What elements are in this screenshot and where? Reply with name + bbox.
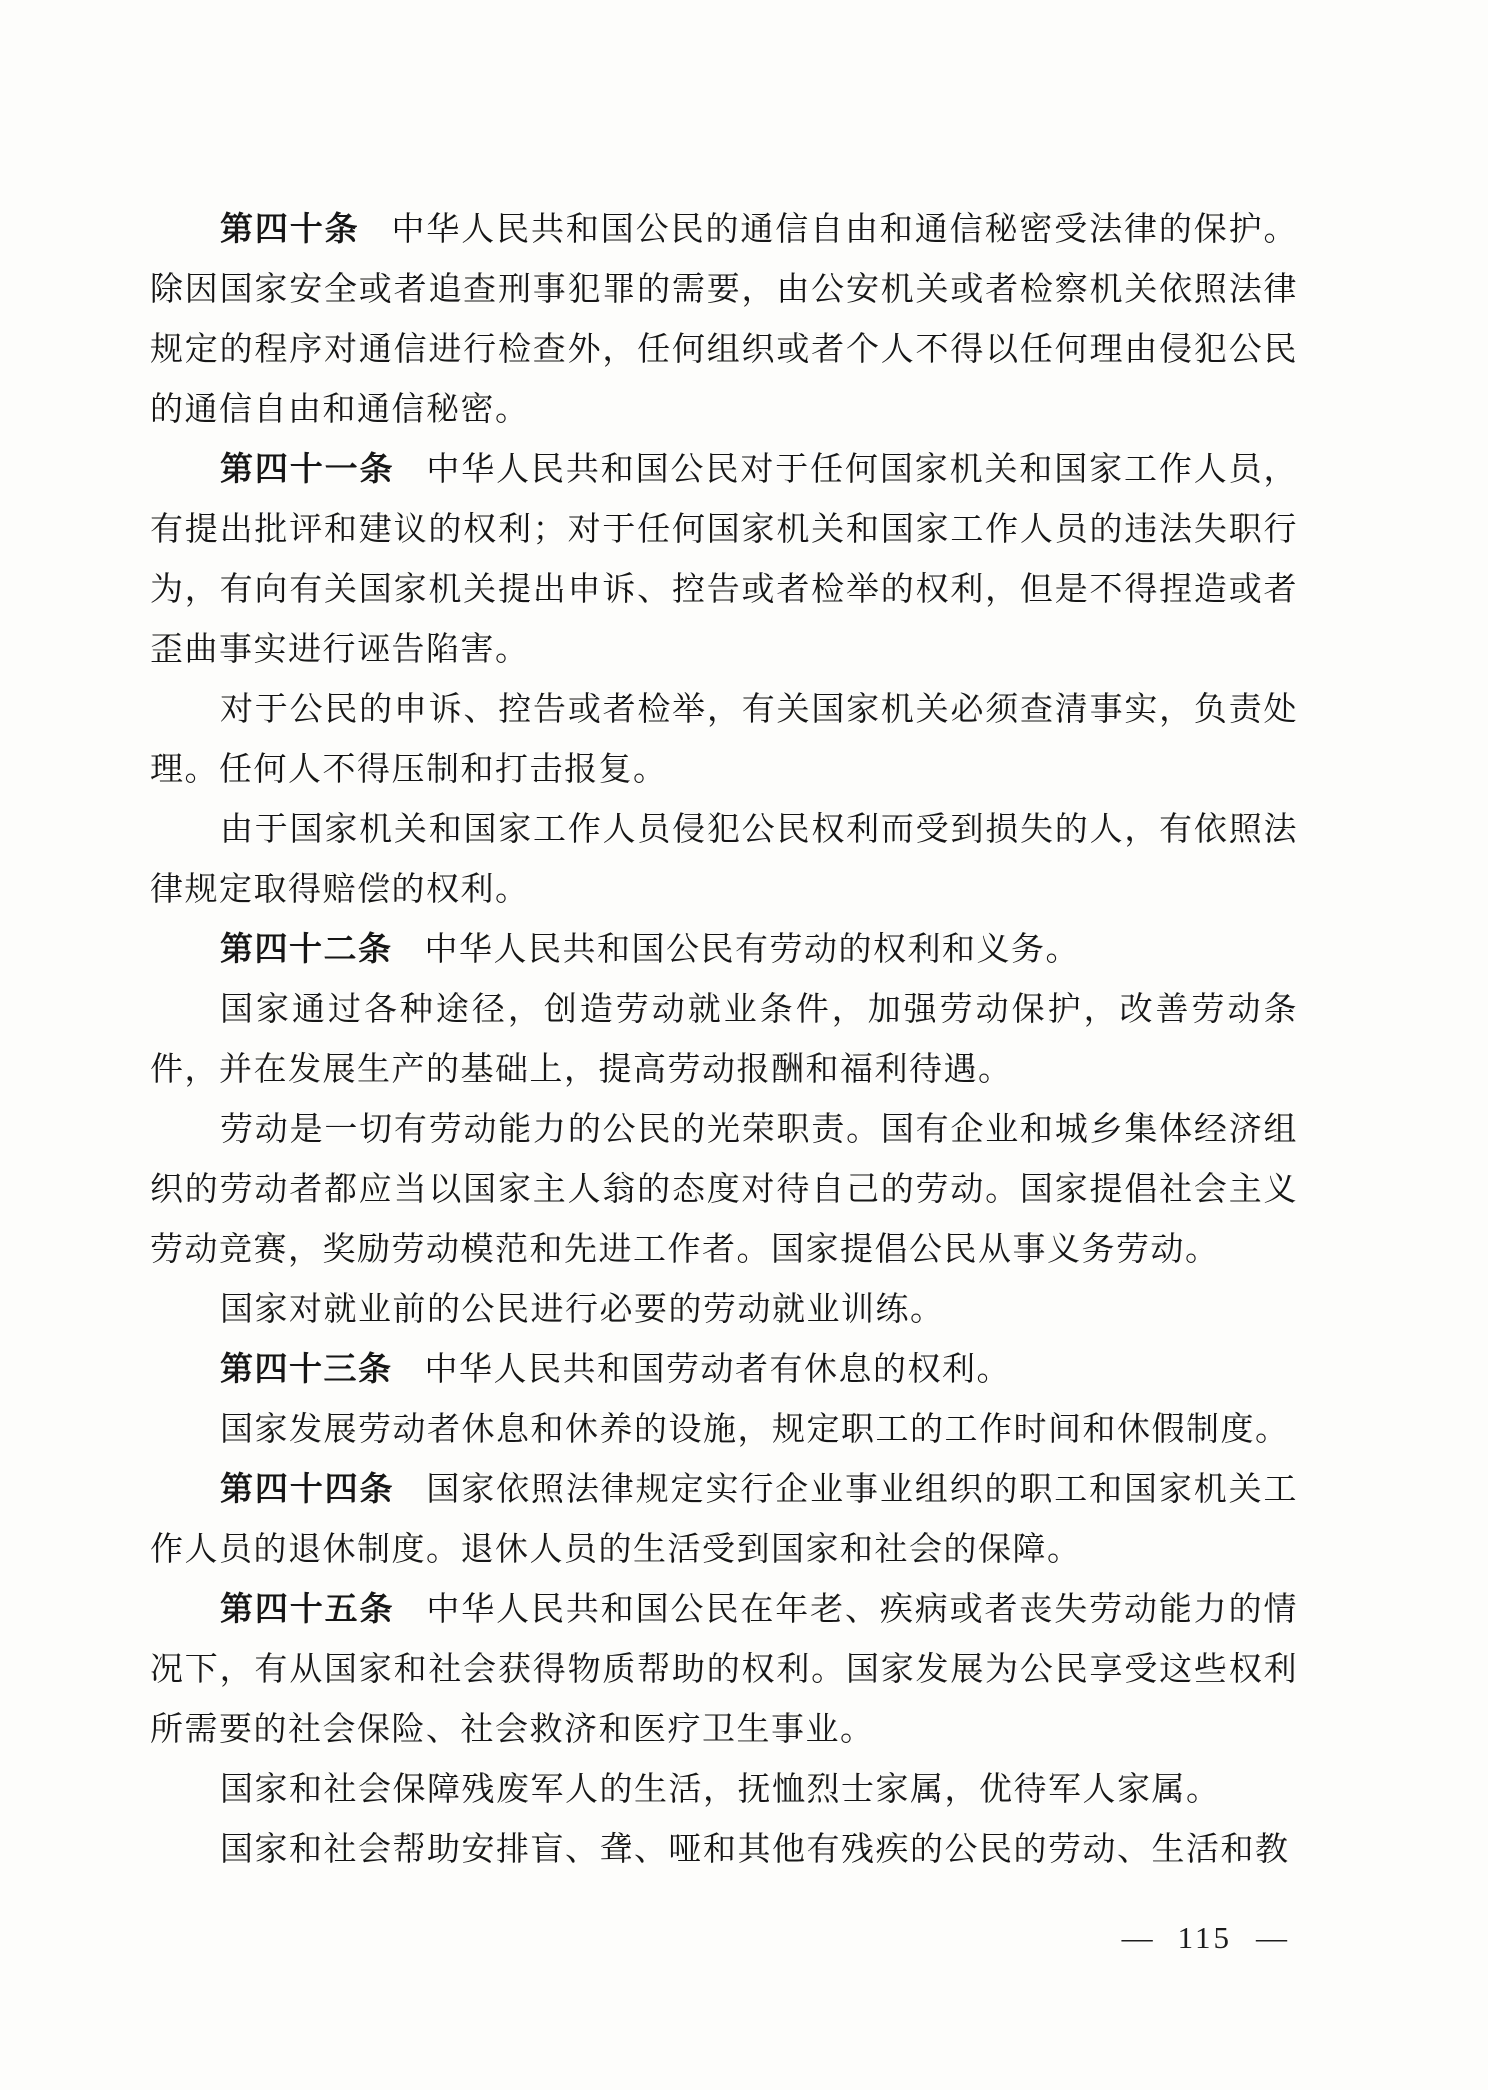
footer-dash-right: — [1256, 1920, 1288, 1956]
line-text: 有提出批评和建议的权利；对于任何国家机关和国家工作人员的违法失职行 [150, 512, 1298, 548]
article-number: 第四十三条 [220, 1352, 393, 1388]
document-page: 第四十条中华人民共和国公民的通信自由和通信秘密受法律的保护。除因国家安全或者追查… [0, 0, 1488, 2090]
text-line: 为，有向有关国家机关提出申诉、控告或者检举的权利，但是不得捏造或者 [150, 560, 1298, 620]
line-text: 织的劳动者都应当以国家主人翁的态度对待自己的劳动。国家提倡社会主义 [150, 1172, 1298, 1208]
line-text: 件，并在发展生产的基础上，提高劳动报酬和福利待遇。 [150, 1052, 1013, 1088]
line-text: 中华人民共和国公民对于任何国家机关和国家工作人员， [426, 452, 1298, 488]
line-text: 国家依照法律规定实行企业事业组织的职工和国家机关工 [426, 1472, 1298, 1508]
text-line: 规定的程序对通信进行检查外，任何组织或者个人不得以任何理由侵犯公民 [150, 320, 1298, 380]
text-line: 国家发展劳动者休息和休养的设施，规定职工的工作时间和休假制度。 [150, 1400, 1298, 1460]
article-number: 第四十四条 [220, 1472, 394, 1508]
text-line: 对于公民的申诉、控告或者检举，有关国家机关必须查清事实，负责处 [150, 680, 1298, 740]
text-line: 第四十四条国家依照法律规定实行企业事业组织的职工和国家机关工 [150, 1460, 1298, 1520]
document-body: 第四十条中华人民共和国公民的通信自由和通信秘密受法律的保护。除因国家安全或者追查… [150, 200, 1298, 1880]
text-line: 国家和社会帮助安排盲、聋、哑和其他有残疾的公民的劳动、生活和教 [150, 1820, 1298, 1880]
text-line: 国家对就业前的公民进行必要的劳动就业训练。 [150, 1280, 1298, 1340]
line-text: 国家对就业前的公民进行必要的劳动就业训练。 [220, 1292, 945, 1328]
text-line: 件，并在发展生产的基础上，提高劳动报酬和福利待遇。 [150, 1040, 1298, 1100]
text-line: 国家和社会保障残废军人的生活，抚恤烈士家属，优待军人家属。 [150, 1760, 1298, 1820]
line-text: 国家和社会帮助安排盲、聋、哑和其他有残疾的公民的劳动、生活和教 [220, 1832, 1290, 1868]
line-text: 作人员的退休制度。退休人员的生活受到国家和社会的保障。 [150, 1532, 1082, 1568]
line-text: 国家通过各种途径，创造劳动就业条件，加强劳动保护，改善劳动条 [220, 992, 1298, 1028]
line-text: 所需要的社会保险、社会救济和医疗卫生事业。 [150, 1712, 875, 1748]
text-line: 歪曲事实进行诬告陷害。 [150, 620, 1298, 680]
line-text: 中华人民共和国公民的通信自由和通信秘密受法律的保护。 [392, 212, 1298, 248]
text-line: 作人员的退休制度。退休人员的生活受到国家和社会的保障。 [150, 1520, 1298, 1580]
line-text: 为，有向有关国家机关提出申诉、控告或者检举的权利，但是不得捏造或者 [150, 572, 1298, 608]
line-text: 中华人民共和国公民在年老、疾病或者丧失劳动能力的情 [426, 1592, 1298, 1628]
page-number: 115 [1178, 1920, 1232, 1956]
line-text: 国家和社会保障残废军人的生活，抚恤烈士家属，优待军人家属。 [220, 1772, 1221, 1808]
line-text: 由于国家机关和国家工作人员侵犯公民权利而受到损失的人，有依照法 [220, 812, 1298, 848]
article-number: 第四十条 [220, 212, 360, 248]
text-line: 劳动是一切有劳动能力的公民的光荣职责。国有企业和城乡集体经济组 [150, 1100, 1298, 1160]
text-line: 国家通过各种途径，创造劳动就业条件，加强劳动保护，改善劳动条 [150, 980, 1298, 1040]
text-line: 织的劳动者都应当以国家主人翁的态度对待自己的劳动。国家提倡社会主义 [150, 1160, 1298, 1220]
text-line: 第四十条中华人民共和国公民的通信自由和通信秘密受法律的保护。 [150, 200, 1298, 260]
line-text: 律规定取得赔偿的权利。 [150, 872, 530, 908]
page-footer: — 115 — [1122, 1920, 1288, 1956]
text-line: 有提出批评和建议的权利；对于任何国家机关和国家工作人员的违法失职行 [150, 500, 1298, 560]
text-line: 的通信自由和通信秘密。 [150, 380, 1298, 440]
text-line: 劳动竞赛，奖励劳动模范和先进工作者。国家提倡公民从事义务劳动。 [150, 1220, 1298, 1280]
line-text: 对于公民的申诉、控告或者检举，有关国家机关必须查清事实，负责处 [220, 692, 1298, 728]
article-number: 第四十一条 [220, 452, 394, 488]
footer-dash-left: — [1122, 1920, 1154, 1956]
text-line: 第四十三条中华人民共和国劳动者有休息的权利。 [150, 1340, 1298, 1400]
article-number: 第四十二条 [220, 932, 393, 968]
line-text: 劳动竞赛，奖励劳动模范和先进工作者。国家提倡公民从事义务劳动。 [150, 1232, 1220, 1268]
line-text: 歪曲事实进行诬告陷害。 [150, 632, 530, 668]
text-line: 况下，有从国家和社会获得物质帮助的权利。国家发展为公民享受这些权利 [150, 1640, 1298, 1700]
text-line: 律规定取得赔偿的权利。 [150, 860, 1298, 920]
text-line: 理。任何人不得压制和打击报复。 [150, 740, 1298, 800]
line-text: 中华人民共和国公民有劳动的权利和义务。 [425, 932, 1081, 968]
line-text: 况下，有从国家和社会获得物质帮助的权利。国家发展为公民享受这些权利 [150, 1652, 1298, 1688]
line-text: 理。任何人不得压制和打击报复。 [150, 752, 668, 788]
line-text: 的通信自由和通信秘密。 [150, 392, 530, 428]
text-line: 第四十五条中华人民共和国公民在年老、疾病或者丧失劳动能力的情 [150, 1580, 1298, 1640]
text-line: 第四十二条中华人民共和国公民有劳动的权利和义务。 [150, 920, 1298, 980]
line-text: 国家发展劳动者休息和休养的设施，规定职工的工作时间和休假制度。 [220, 1412, 1290, 1448]
line-text: 劳动是一切有劳动能力的公民的光荣职责。国有企业和城乡集体经济组 [220, 1112, 1298, 1148]
article-number: 第四十五条 [220, 1592, 394, 1628]
text-line: 所需要的社会保险、社会救济和医疗卫生事业。 [150, 1700, 1298, 1760]
line-text: 中华人民共和国劳动者有休息的权利。 [425, 1352, 1012, 1388]
text-line: 由于国家机关和国家工作人员侵犯公民权利而受到损失的人，有依照法 [150, 800, 1298, 860]
text-line: 除因国家安全或者追查刑事犯罪的需要，由公安机关或者检察机关依照法律 [150, 260, 1298, 320]
line-text: 规定的程序对通信进行检查外，任何组织或者个人不得以任何理由侵犯公民 [150, 332, 1298, 368]
text-line: 第四十一条中华人民共和国公民对于任何国家机关和国家工作人员， [150, 440, 1298, 500]
line-text: 除因国家安全或者追查刑事犯罪的需要，由公安机关或者检察机关依照法律 [150, 272, 1298, 308]
